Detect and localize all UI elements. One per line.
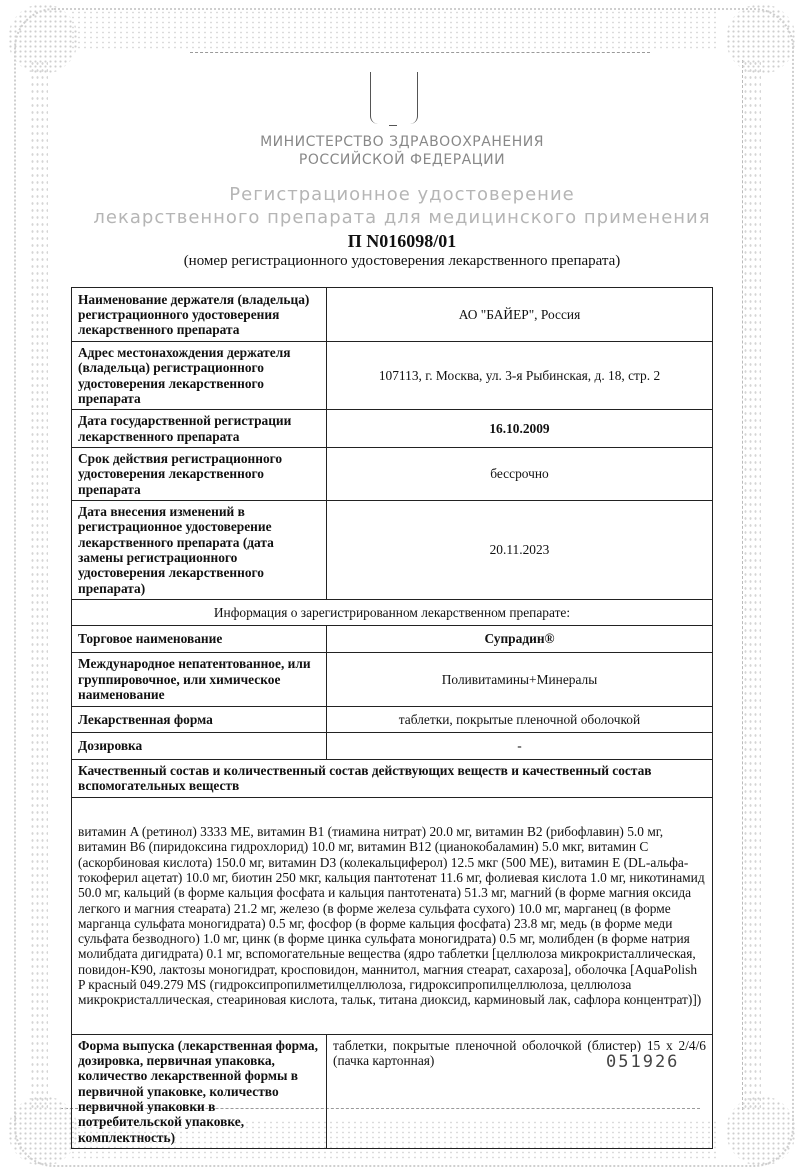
trade-name-value: Супрадин® [327, 625, 713, 652]
holder-address-value: 107113, г. Москва, ул. 3-я Рыбинская, д.… [327, 342, 713, 410]
registration-date-label: Дата государственной регистрации лекарст… [72, 410, 327, 448]
decorative-line-top [190, 52, 650, 53]
table-row-composition-text: витамин A (ретинол) 3333 МЕ, витамин B1 … [72, 797, 713, 1034]
inn-value: Поливитамины+Минералы [327, 652, 713, 706]
holder-name-value: АО "БАЙЕР", Россия [327, 288, 713, 342]
document-title-line2: лекарственного препарата для медицинског… [0, 207, 804, 229]
dosage-label: Дозировка [72, 732, 327, 759]
info-heading: Информация о зарегистрированном лекарств… [72, 599, 713, 625]
composition-text: витамин A (ретинол) 3333 МЕ, витамин B1 … [72, 797, 713, 1034]
table-row-holder-name: Наименование держателя (владельца) регис… [72, 288, 713, 342]
coat-of-arms-emblem-icon [370, 72, 418, 124]
table-row-inn: Международное непатентованное, или групп… [72, 652, 713, 706]
trade-name-label: Торговое наименование [72, 625, 327, 652]
table-row-dosage: Дозировка - [72, 732, 713, 759]
release-form-label: Форма выпуска (лекарственная форма, дози… [72, 1034, 327, 1148]
change-date-label: Дата внесения изменений в регистрационно… [72, 501, 327, 600]
table-row-holder-address: Адрес местонахождения держателя (владель… [72, 342, 713, 410]
registration-number: П N016098/01 [0, 230, 804, 252]
table-row-change-date: Дата внесения изменений в регистрационно… [72, 501, 713, 600]
ministry-name-line2: РОССИЙСКОЙ ФЕДЕРАЦИИ [0, 151, 804, 169]
table-row-registration-date: Дата государственной регистрации лекарст… [72, 410, 713, 448]
table-row-dosage-form: Лекарственная форма таблетки, покрытые п… [72, 706, 713, 732]
composition-heading: Качественный состав и количественный сос… [72, 759, 713, 797]
dosage-form-value: таблетки, покрытые пленочной оболочкой [327, 706, 713, 732]
ministry-name-line1: МИНИСТЕРСТВО ЗДРАВООХРАНЕНИЯ [0, 133, 804, 151]
table-row-validity: Срок действия регистрационного удостовер… [72, 448, 713, 501]
decorative-corner-top-left [8, 4, 78, 74]
dosage-form-label: Лекарственная форма [72, 706, 327, 732]
registration-table: Наименование держателя (владельца) регис… [71, 287, 713, 1149]
registration-date-value: 16.10.2009 [327, 410, 713, 448]
inn-label: Международное непатентованное, или групп… [72, 652, 327, 706]
table-row-info-heading: Информация о зарегистрированном лекарств… [72, 599, 713, 625]
decorative-pattern-top [70, 10, 720, 50]
holder-name-label: Наименование держателя (владельца) регис… [72, 288, 327, 342]
decorative-corner-bottom-right [726, 1096, 796, 1166]
decorative-corner-top-right [726, 4, 796, 74]
registration-number-caption: (номер регистрационного удостоверения ле… [0, 251, 804, 271]
validity-value: бессрочно [327, 448, 713, 501]
table-row-composition-heading: Качественный состав и количественный сос… [72, 759, 713, 797]
decorative-corner-bottom-left [8, 1096, 78, 1166]
validity-label: Срок действия регистрационного удостовер… [72, 448, 327, 501]
emblem-tip-icon [389, 121, 397, 126]
table-row-trade-name: Торговое наименование Супрадин® [72, 625, 713, 652]
change-date-value: 20.11.2023 [327, 501, 713, 600]
dosage-value: - [327, 732, 713, 759]
serial-number: 051926 [604, 1052, 681, 1072]
document-title-line1: Регистрационное удостоверение [0, 184, 804, 206]
holder-address-label: Адрес местонахождения держателя (владель… [72, 342, 327, 410]
